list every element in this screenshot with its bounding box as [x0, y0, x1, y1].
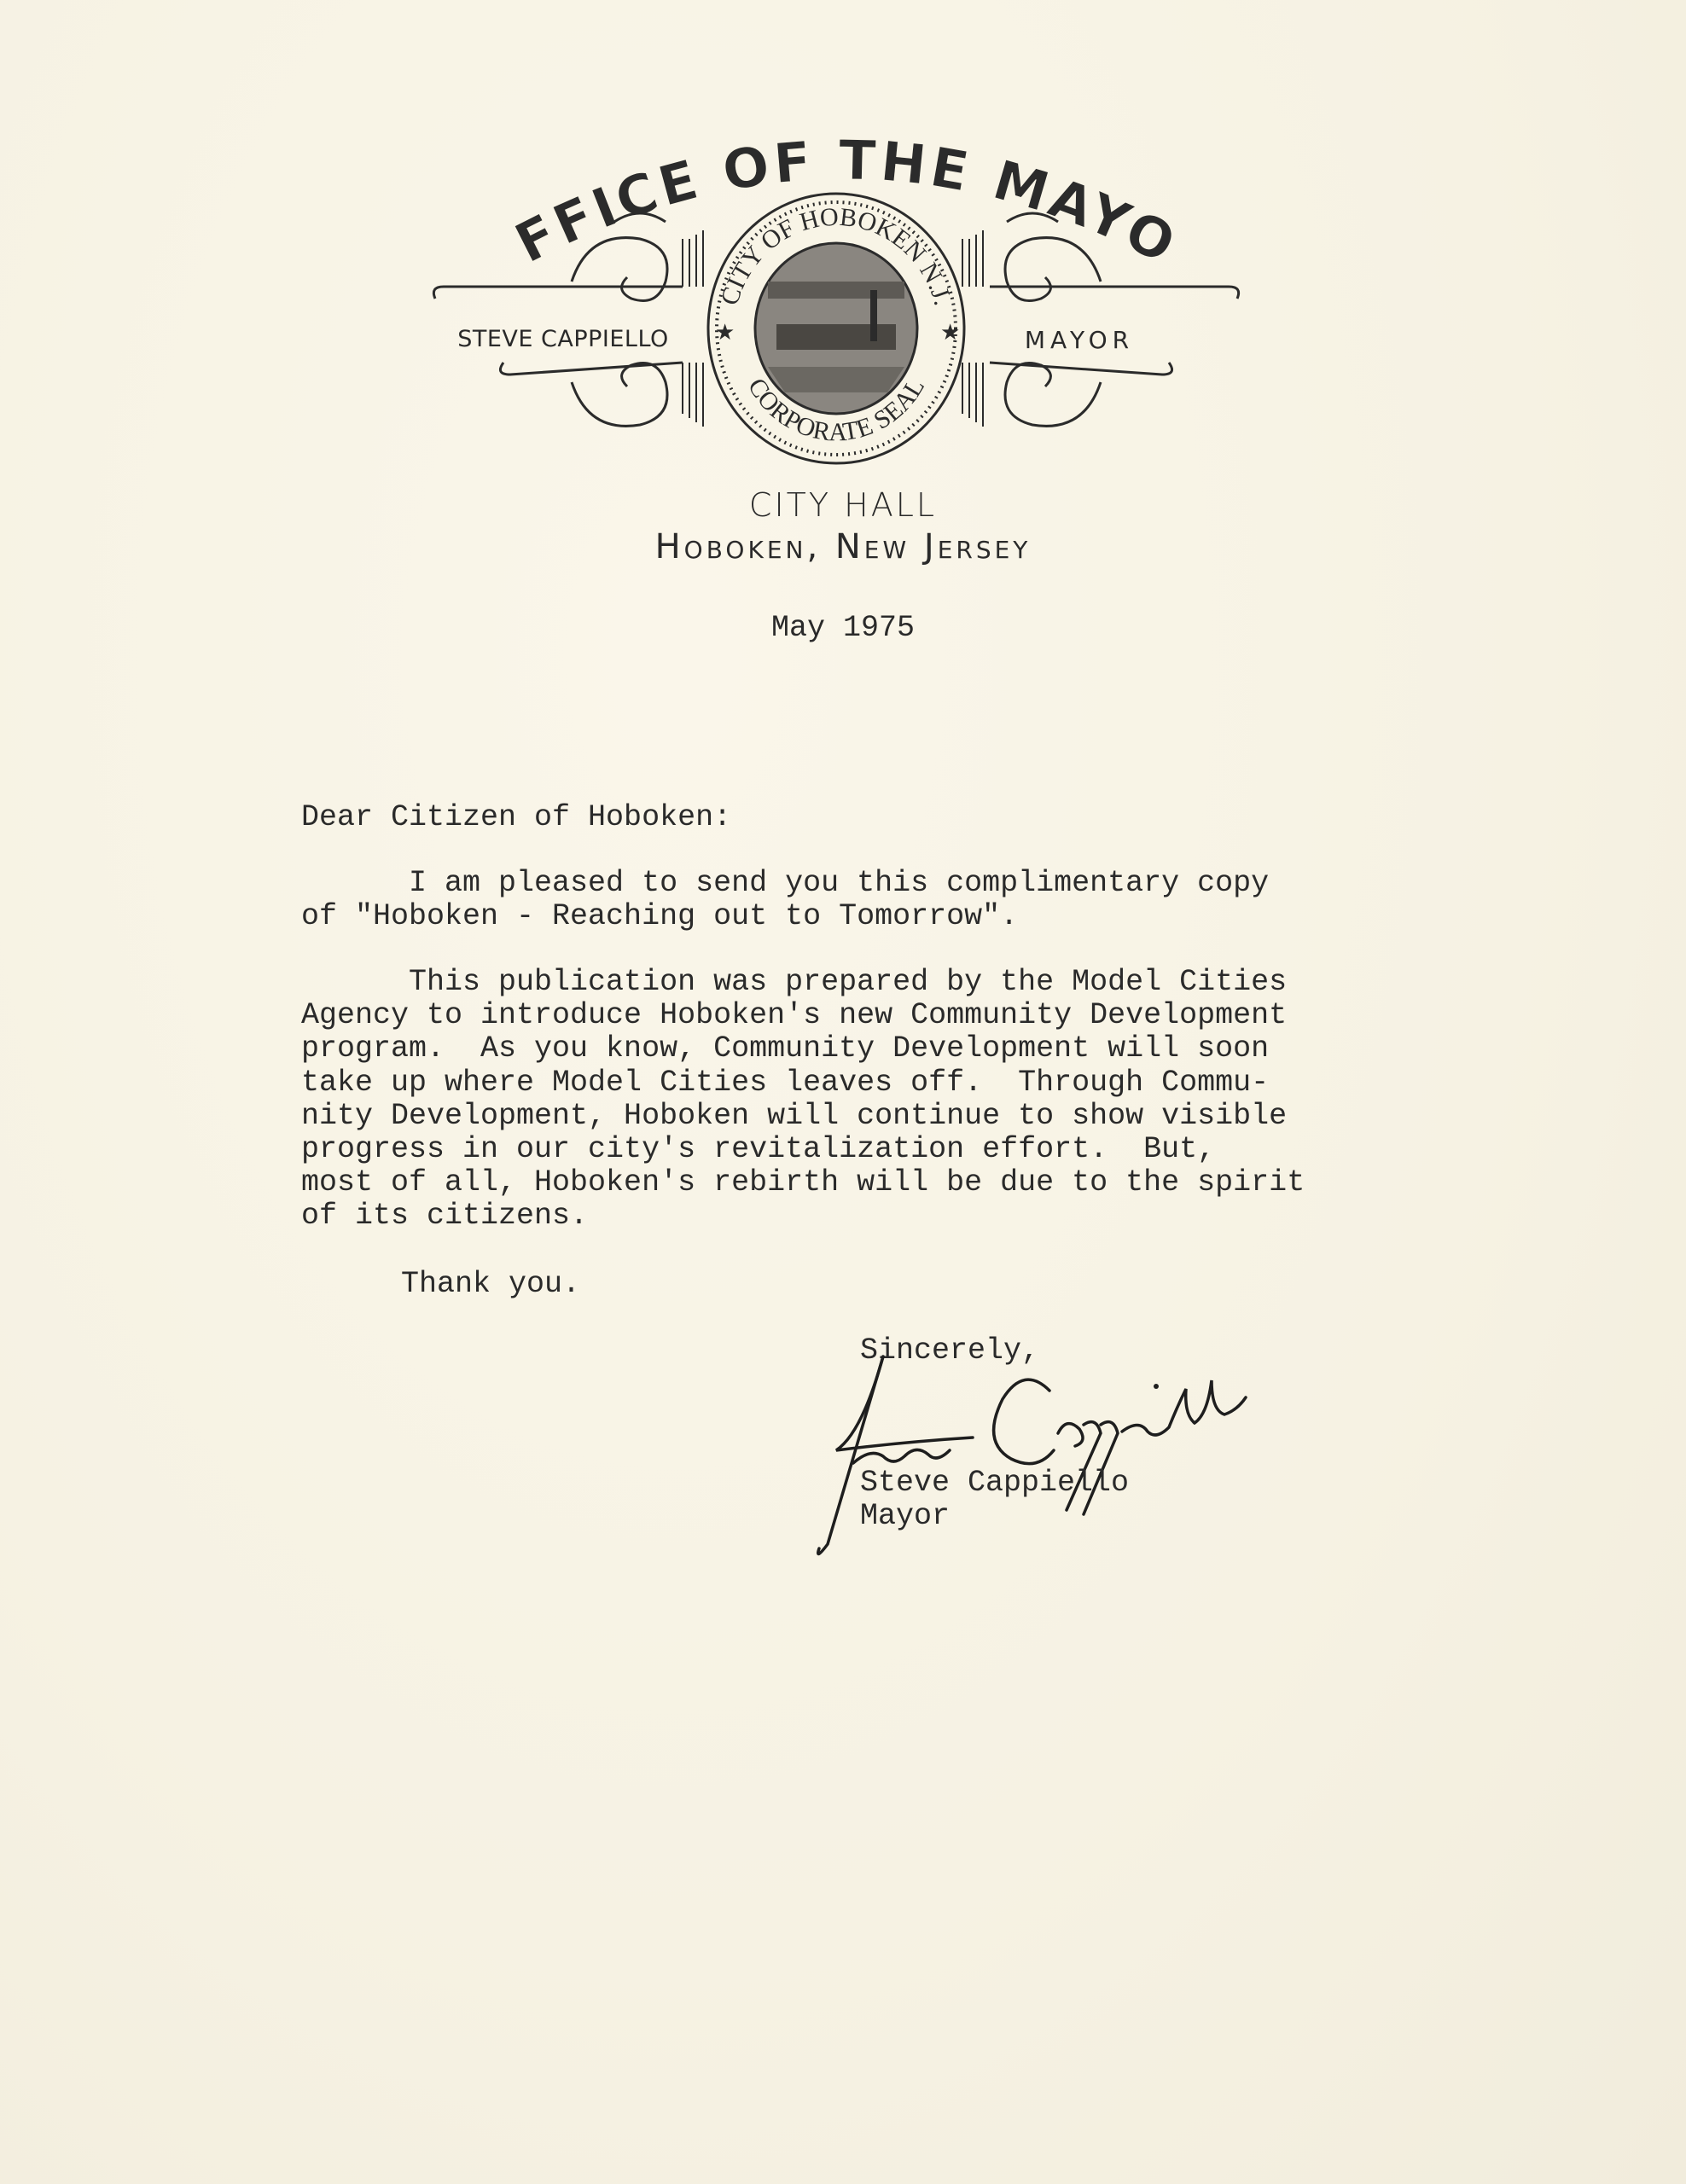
svg-text:★: ★	[940, 320, 960, 346]
address-line-2: Hoboken, New Jersey	[0, 527, 1686, 566]
address-line-1: CITY HALL	[0, 486, 1686, 524]
signer-title: Mayor	[860, 1499, 950, 1533]
letter-page: OFFICE OF THE MAYOR	[0, 0, 1686, 2184]
body-paragraph-2: This publication was prepared by the Mod…	[301, 966, 1305, 1234]
svg-text:★: ★	[715, 320, 735, 346]
body-paragraph-1: I am pleased to send you this compliment…	[301, 867, 1269, 933]
mayor-name-letterhead: STEVE CAPPIELLO	[444, 326, 683, 352]
salutation: Dear Citizen of Hoboken:	[301, 800, 731, 834]
thanks-line: Thank you.	[401, 1267, 580, 1301]
signer-name: Steve Cappiello	[860, 1466, 1129, 1500]
letter-date: May 1975	[0, 611, 1686, 645]
mayor-title-letterhead: MAYOR	[990, 326, 1169, 354]
